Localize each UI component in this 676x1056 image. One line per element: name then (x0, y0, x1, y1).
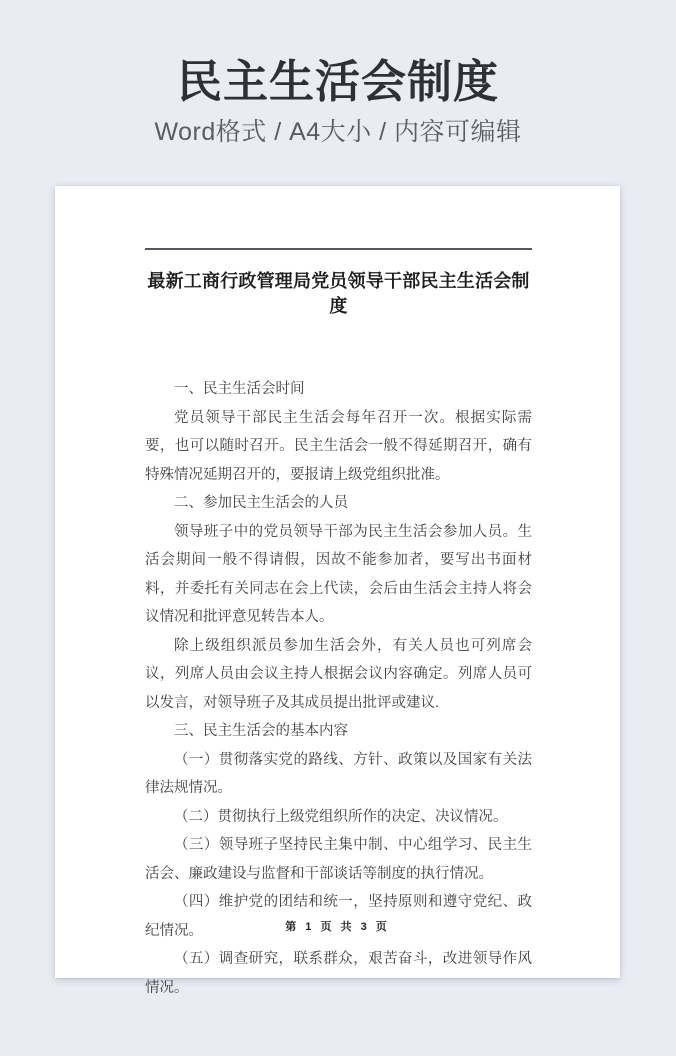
document-title: 最新工商行政管理局党员领导干部民主生活会制度 (145, 269, 532, 319)
paragraph: （三）领导班子坚持民主集中制、中心组学习、民主生活会、廉政建设与监督和干部谈话等… (145, 831, 532, 888)
template-format-subtitle: Word格式 / A4大小 / 内容可编辑 (0, 117, 676, 147)
section-heading: 二、参加民主生活会的人员 (145, 489, 532, 518)
paragraph: （五）调查研究，联系群众，艰苦奋斗，改进领导作风情况。 (145, 945, 532, 1002)
section-heading: 三、民主生活会的基本内容 (145, 717, 532, 746)
section-heading: 一、民主生活会时间 (145, 375, 532, 404)
paragraph: 党员领导干部民主生活会每年召开一次。根据实际需要，也可以随时召开。民主生活会一般… (145, 404, 532, 490)
document-content: 最新工商行政管理局党员领导干部民主生活会制度 一、民主生活会时间 党员领导干部民… (55, 248, 620, 1002)
header-divider-line (145, 248, 532, 250)
preview-banner: 民主生活会制度 Word格式 / A4大小 / 内容可编辑 (0, 0, 676, 147)
document-page-preview: 最新工商行政管理局党员领导干部民主生活会制度 一、民主生活会时间 党员领导干部民… (55, 186, 620, 978)
paragraph: 领导班子中的党员领导干部为民主生活会参加人员。生活会期间一般不得请假，因故不能参… (145, 518, 532, 632)
document-body: 一、民主生活会时间 党员领导干部民主生活会每年召开一次。根据实际需要，也可以随时… (145, 375, 532, 1002)
paragraph: 除上级组织派员参加生活会外，有关人员也可列席会议，列席人员由会议主持人根据会议内… (145, 632, 532, 718)
template-title: 民主生活会制度 (0, 56, 676, 108)
paragraph: （二）贯彻执行上级党组织所作的决定、决议情况。 (145, 803, 532, 832)
page-number-footer: 第 1 页 共 3 页 (55, 918, 620, 934)
paragraph: （一）贯彻落实党的路线、方针、政策以及国家有关法律法规情况。 (145, 746, 532, 803)
paragraph: （四）维护党的团结和统一，坚持原则和遵守党纪、政纪情况。 (145, 888, 532, 945)
